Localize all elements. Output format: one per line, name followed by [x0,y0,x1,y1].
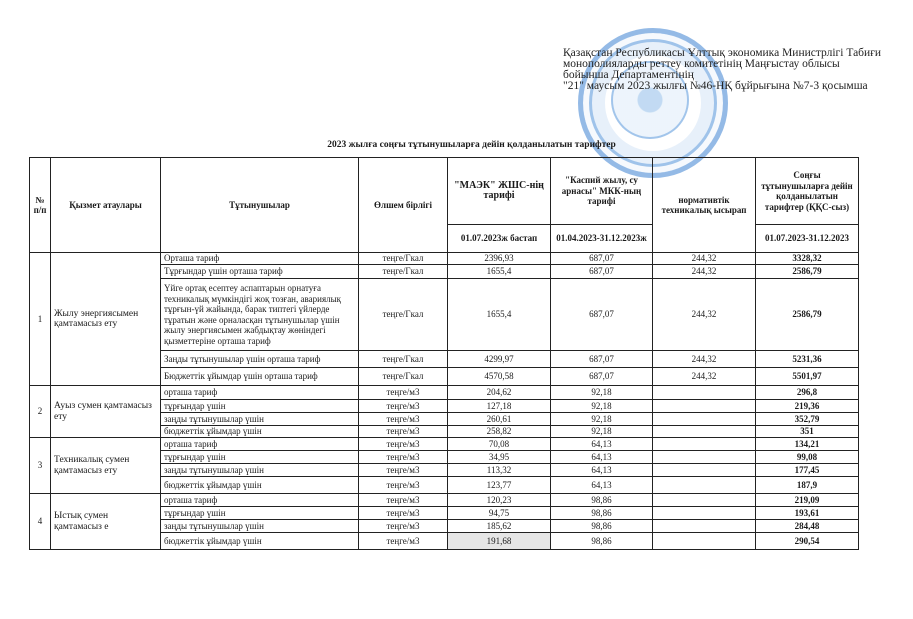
maek-tariff: 127,18 [448,400,551,413]
consumer-category: орташа тариф [161,386,359,400]
unit-of-measure: теңге/м3 [359,520,448,533]
unit-of-measure: теңге/м3 [359,438,448,451]
unit-of-measure: теңге/Гкал [359,279,448,351]
subheader-maek-period: 01.07.2023ж бастап [448,225,551,253]
tariff-table-body: 1Жылу энергиясымен қамтамасыз етуОрташа … [30,253,859,550]
consumer-category: Үйге ортақ есептеу аспаптарын орнатуға т… [161,279,359,351]
maek-tariff: 191,68 [448,533,551,550]
header-unit: Өлшем бірлігі [359,158,448,253]
kaspiy-tariff: 687,07 [551,351,653,368]
kaspiy-tariff: 98,86 [551,507,653,520]
service-name: Техникалық сумен қамтамасыз ету [51,438,161,494]
final-tariff: 187,9 [756,477,859,494]
service-number: 3 [30,438,51,494]
kaspiy-tariff: 98,86 [551,494,653,507]
annex-header-line: "21" маусым 2023 жылғы №46-НҚ бұйрығына … [563,81,913,92]
normative-loss [653,507,756,520]
unit-of-measure: теңге/м3 [359,386,448,400]
consumer-category: бюджеттік ұйымдар үшін [161,533,359,550]
kaspiy-tariff: 64,13 [551,451,653,464]
consumer-category: бюджеттік ұйымдар үшін [161,477,359,494]
kaspiy-tariff: 64,13 [551,464,653,477]
maek-tariff: 4299,97 [448,351,551,368]
service-name: Ыстық сумен қамтамасыз е [51,494,161,550]
consumer-category: Орташа тариф [161,253,359,265]
consumer-category: тұрғындар үшін [161,451,359,464]
normative-loss [653,426,756,438]
kaspiy-tariff: 98,86 [551,520,653,533]
normative-loss [653,477,756,494]
consumer-category: Бюджеттік ұйымдар үшін орташа тариф [161,368,359,386]
unit-of-measure: теңге/Гкал [359,253,448,265]
final-tariff: 219,36 [756,400,859,413]
normative-loss [653,400,756,413]
unit-of-measure: теңге/Гкал [359,265,448,279]
document-title: 2023 жылға соңғы тұтынушыларға дейін қол… [0,140,913,150]
table-row: 4Ыстық сумен қамтамасыз еорташа тарифтең… [30,494,859,507]
final-tariff: 290,54 [756,533,859,550]
normative-loss [653,533,756,550]
header-service: Қызмет атаулары [51,158,161,253]
normative-loss [653,451,756,464]
subheader-kaspiy-period: 01.04.2023-31.12.2023ж [551,225,653,253]
header-loss: нормативтік техникалық ысырап [653,158,756,253]
table-row: 3Техникалық сумен қамтамасыз етуорташа т… [30,438,859,451]
kaspiy-tariff: 92,18 [551,386,653,400]
kaspiy-tariff: 98,86 [551,533,653,550]
kaspiy-tariff: 687,07 [551,368,653,386]
table-row: 1Жылу энергиясымен қамтамасыз етуОрташа … [30,253,859,265]
final-tariff: 296,8 [756,386,859,400]
final-tariff: 351 [756,426,859,438]
unit-of-measure: теңге/м3 [359,451,448,464]
service-name: Жылу энергиясымен қамтамасыз ету [51,253,161,386]
normative-loss [653,520,756,533]
consumer-category: заңды тұтынушылар үшін [161,464,359,477]
final-tariff: 219,09 [756,494,859,507]
tariff-table: № п/п Қызмет атаулары Тұтынушылар Өлшем … [29,157,859,550]
normative-loss: 244,32 [653,265,756,279]
kaspiy-tariff: 64,13 [551,438,653,451]
final-tariff: 352,79 [756,413,859,426]
consumer-category: орташа тариф [161,438,359,451]
unit-of-measure: теңге/Гкал [359,368,448,386]
normative-loss: 244,32 [653,351,756,368]
service-number: 2 [30,386,51,438]
annex-header: Қазақстан Республикасы Ұлттық экономика … [563,48,913,92]
normative-loss: 244,32 [653,279,756,351]
maek-tariff: 34,95 [448,451,551,464]
final-tariff: 134,21 [756,438,859,451]
header-maek: "МАЭК" ЖШС-нің тарифі [448,158,551,225]
normative-loss [653,438,756,451]
kaspiy-tariff: 64,13 [551,477,653,494]
final-tariff: 177,45 [756,464,859,477]
kaspiy-tariff: 687,07 [551,279,653,351]
final-tariff: 99,08 [756,451,859,464]
normative-loss: 244,32 [653,368,756,386]
normative-loss [653,413,756,426]
maek-tariff: 204,62 [448,386,551,400]
unit-of-measure: теңге/м3 [359,507,448,520]
normative-loss [653,386,756,400]
final-tariff: 193,61 [756,507,859,520]
final-tariff: 2586,79 [756,279,859,351]
maek-tariff: 260,61 [448,413,551,426]
consumer-category: тұрғындар үшін [161,400,359,413]
unit-of-measure: теңге/м3 [359,426,448,438]
maek-tariff: 120,23 [448,494,551,507]
final-tariff: 5501,97 [756,368,859,386]
kaspiy-tariff: 92,18 [551,413,653,426]
consumer-category: заңды тұтынушылар үшін [161,520,359,533]
consumer-category: Тұрғындар үшін орташа тариф [161,265,359,279]
maek-tariff: 2396,93 [448,253,551,265]
unit-of-measure: теңге/м3 [359,533,448,550]
consumer-category: Заңды тұтынушылар үшін орташа тариф [161,351,359,368]
normative-loss: 244,32 [653,253,756,265]
unit-of-measure: теңге/м3 [359,413,448,426]
kaspiy-tariff: 92,18 [551,426,653,438]
maek-tariff: 123,77 [448,477,551,494]
subheader-final-period: 01.07.2023-31.12.2023 [756,225,859,253]
table-row: 2Ауыз сумен қамтамасыз етуорташа тарифте… [30,386,859,400]
maek-tariff: 1655,4 [448,279,551,351]
consumer-category: тұрғындар үшін [161,507,359,520]
maek-tariff: 1655,4 [448,265,551,279]
kaspiy-tariff: 92,18 [551,400,653,413]
service-name: Ауыз сумен қамтамасыз ету [51,386,161,438]
kaspiy-tariff: 687,07 [551,265,653,279]
unit-of-measure: теңге/м3 [359,464,448,477]
consumer-category: бюджеттік ұйымдар үшін [161,426,359,438]
final-tariff: 2586,79 [756,265,859,279]
unit-of-measure: теңге/м3 [359,400,448,413]
maek-tariff: 70,08 [448,438,551,451]
maek-tariff: 113,32 [448,464,551,477]
consumer-category: заңды тұтынушылар үшін [161,413,359,426]
final-tariff: 5231,36 [756,351,859,368]
header-num: № п/п [30,158,51,253]
service-number: 4 [30,494,51,550]
maek-tariff: 185,62 [448,520,551,533]
normative-loss [653,464,756,477]
normative-loss [653,494,756,507]
maek-tariff: 4570,58 [448,368,551,386]
unit-of-measure: теңге/Гкал [359,351,448,368]
final-tariff: 3328,32 [756,253,859,265]
final-tariff: 284,48 [756,520,859,533]
header-final: Соңғы тұтынушыларға дейін қолданылатын т… [756,158,859,225]
unit-of-measure: теңге/м3 [359,494,448,507]
service-number: 1 [30,253,51,386]
header-consumers: Тұтынушылар [161,158,359,253]
unit-of-measure: теңге/м3 [359,477,448,494]
consumer-category: орташа тариф [161,494,359,507]
maek-tariff: 94,75 [448,507,551,520]
kaspiy-tariff: 687,07 [551,253,653,265]
maek-tariff: 258,82 [448,426,551,438]
header-kaspiy: "Каспий жылу, су арнасы" МКК-ның тарифі [551,158,653,225]
